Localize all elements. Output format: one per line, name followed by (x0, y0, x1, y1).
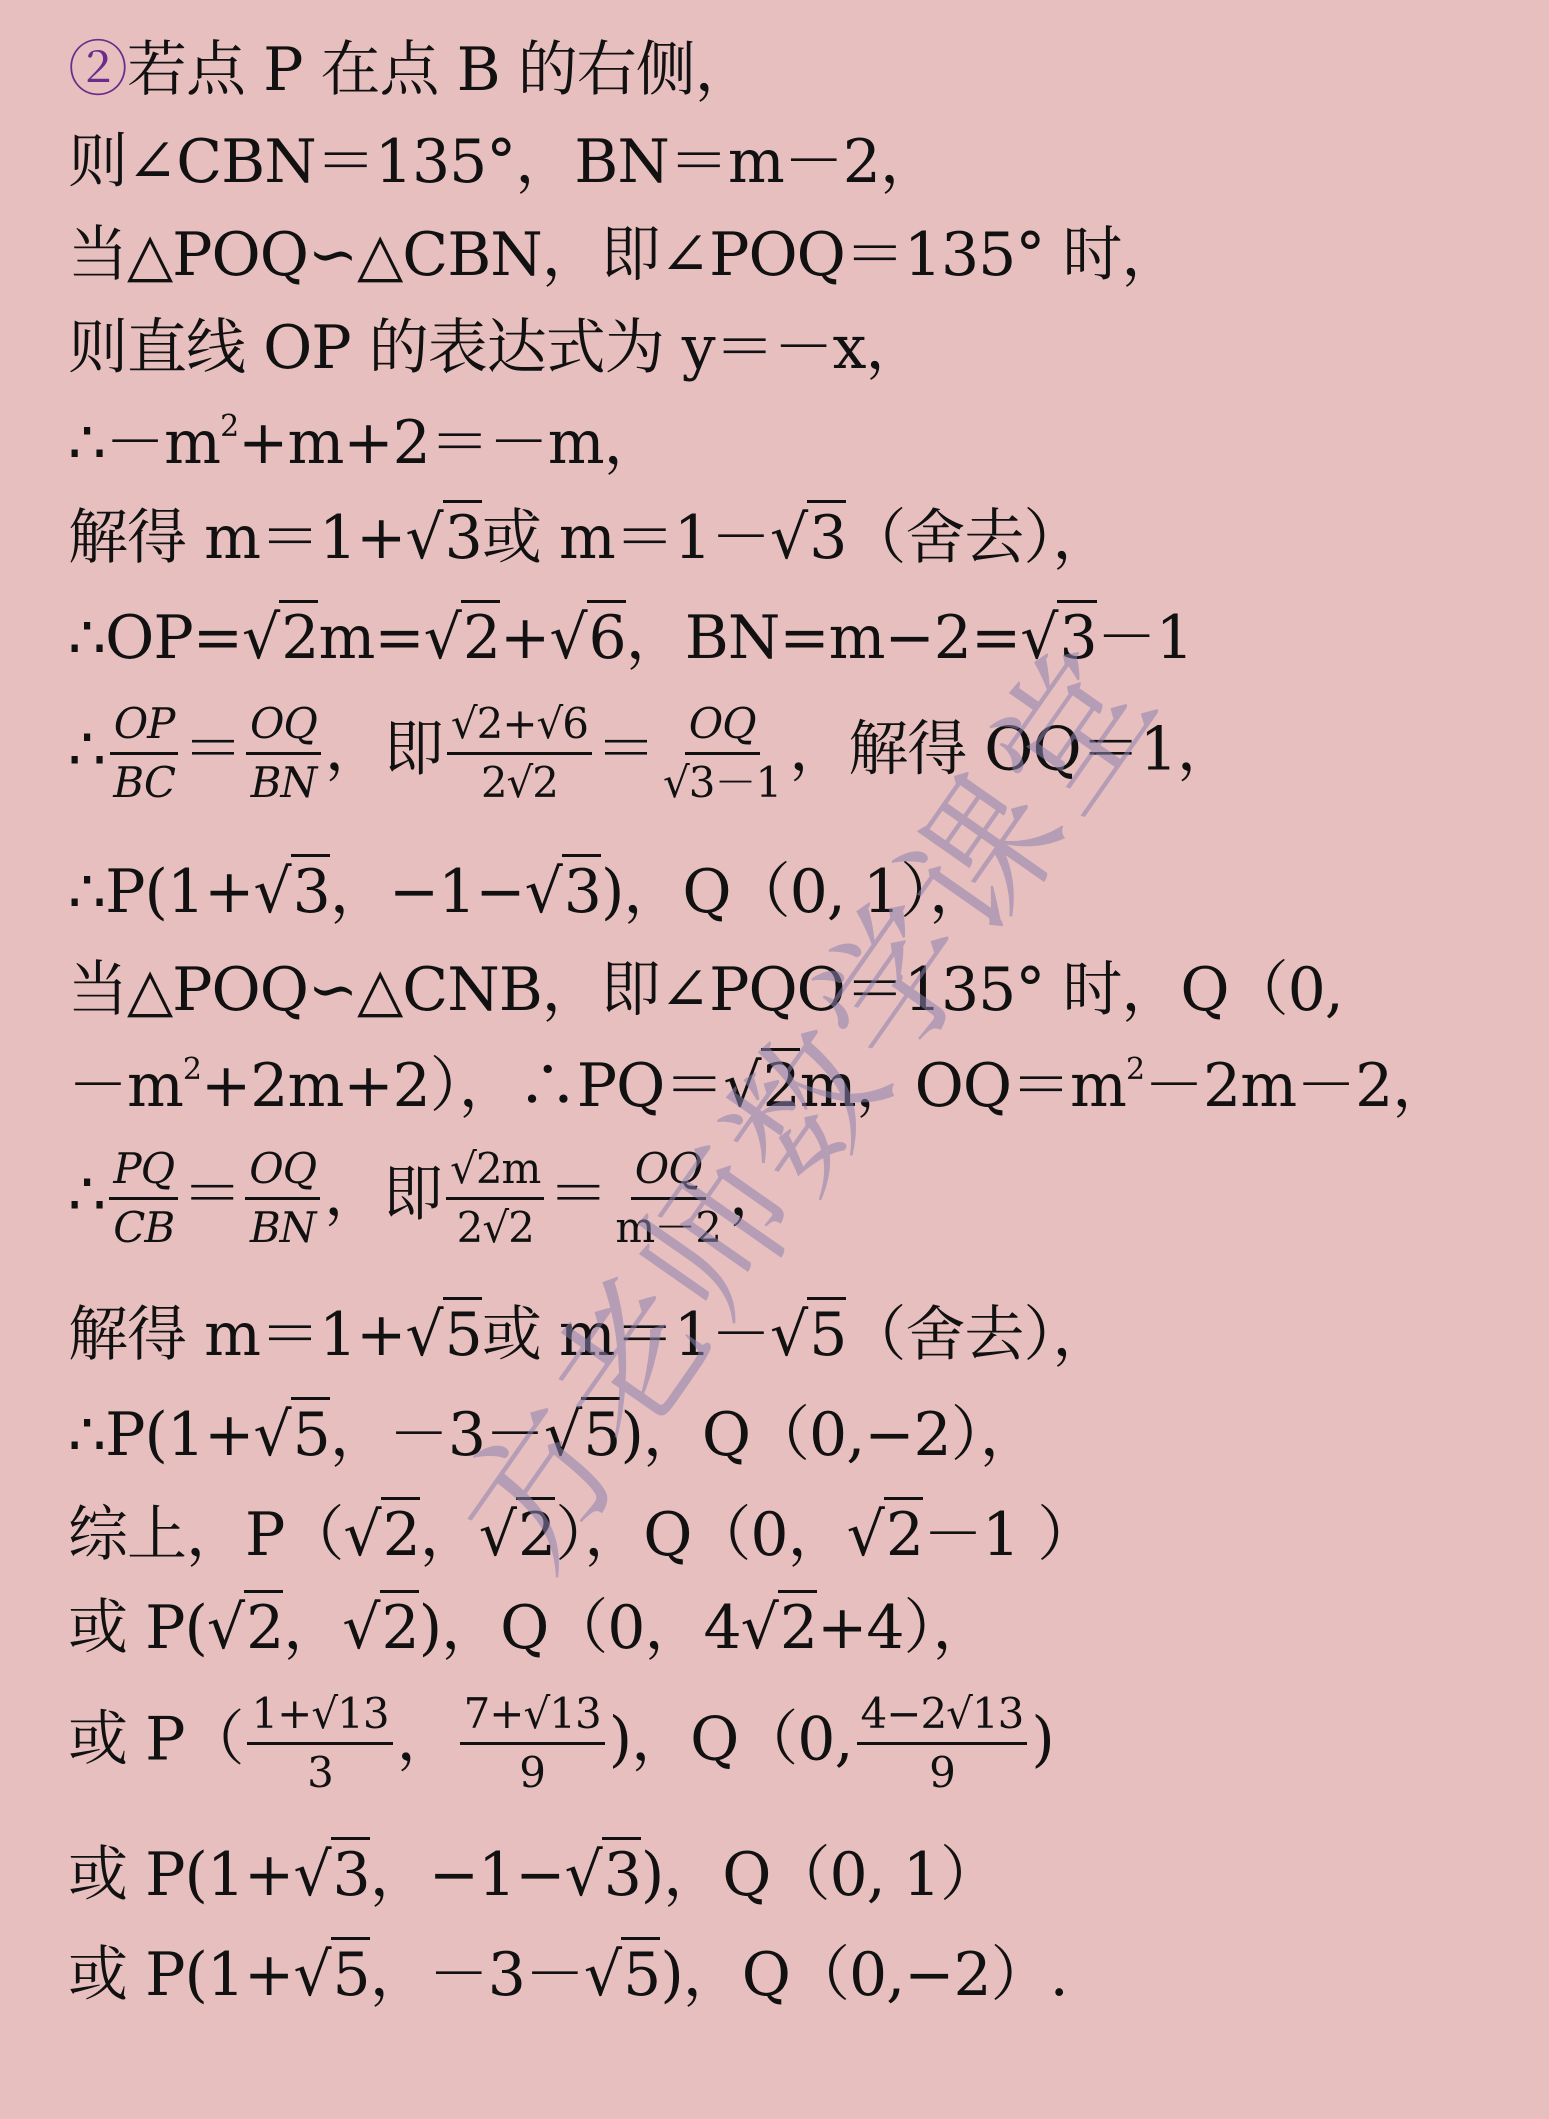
text-run: + (500, 603, 549, 673)
text-run: －m (68, 1051, 183, 1121)
denominator: 2√2 (477, 755, 562, 807)
numerator: OP (110, 700, 179, 755)
text-run: ， (420, 1500, 479, 1570)
radicand: 5 (291, 1397, 330, 1470)
radicand: 3 (1057, 600, 1096, 673)
numerator: 1+√13 (247, 1690, 392, 1745)
radicand: 3 (331, 1837, 370, 1910)
exponent: 2 (220, 409, 238, 444)
line-ratio-oq-1: ∴OPBC＝OQBN，即√2+√62√2＝OQ√3－1，解得 OQ＝1， (68, 700, 1236, 808)
line-p-q-result-1: ∴P(1+√3，−1−√3)，Q（0, 1）， (68, 862, 988, 922)
text-run: 或 m＝1－ (482, 503, 770, 573)
sqrt: √3 (564, 1845, 640, 1905)
radicand: 3 (443, 500, 482, 573)
numerator: OQ (685, 700, 760, 755)
text-run: )，Q（0，4 (419, 1593, 741, 1663)
text-run: 或 P( (68, 1593, 207, 1663)
exponent: 2 (1126, 1052, 1144, 1087)
fraction: PQCB (109, 1145, 178, 1253)
sqrt: √2 (741, 1598, 817, 1658)
line-ratio-oq-2: ∴PQCB＝OQBN，即√2m2√2＝OQm－2， (68, 1145, 788, 1253)
text-run: 解得 m＝1+ (68, 1300, 405, 1370)
numerator: 7+√13 (460, 1690, 605, 1745)
sqrt: √3 (405, 508, 481, 568)
circled-number-2: ② (68, 35, 127, 105)
numerator: √2+√6 (447, 700, 592, 755)
radicand: 6 (587, 600, 626, 673)
radicand: 2 (380, 1590, 419, 1663)
text-run: ， (729, 1159, 788, 1229)
text-run: ，即 (325, 714, 443, 784)
radicand: 2 (761, 1048, 800, 1121)
text-run: )，Q（0, 1）， (601, 857, 988, 927)
exponent: 2 (183, 1052, 201, 1087)
radicand: 2 (884, 1497, 923, 1570)
text-run: （舍去）， (846, 503, 1111, 573)
fraction: OQBN (245, 1145, 320, 1253)
solution-page: ②若点 P 在点 B 的右侧， 则∠CBN＝135°，BN＝m－2， 当△POQ… (0, 0, 1549, 2119)
text-run: ， (283, 1593, 342, 1663)
sqrt: √2 (342, 1598, 418, 1658)
radicand: 2 (778, 1590, 817, 1663)
text-run: －1 (1097, 603, 1193, 673)
line-p-q-result-2: ∴P(1+√5，－3－√5)，Q（0,−2）， (68, 1405, 1039, 1465)
radicand: 5 (621, 1937, 660, 2010)
text-run: )，Q（0,−2）， (620, 1400, 1038, 1470)
fraction: OQ√3－1 (659, 700, 785, 808)
sqrt: √5 (253, 1405, 329, 1465)
text-run: ，BN=m−2= (626, 603, 1020, 673)
radicand: 2 (461, 600, 500, 673)
line-summary-5: 或 P(1+√5，－3－√5)，Q（0,−2）. (68, 1945, 1068, 2005)
text-run: ∴ (68, 1159, 105, 1229)
text-run: 或 P(1+ (68, 1940, 293, 2010)
sqrt: √2 (424, 608, 500, 668)
radicand: 5 (443, 1297, 482, 1370)
fraction: OQm－2 (611, 1145, 725, 1253)
denominator: BN (247, 755, 321, 807)
line-solve-m-sqrt5: 解得 m＝1+√5或 m＝1－√5（舍去）， (68, 1305, 1111, 1365)
sqrt: √3 (253, 862, 329, 922)
denominator: CB (109, 1200, 178, 1252)
radicand: 2 (381, 1497, 420, 1570)
text-run: ) (1031, 1704, 1053, 1774)
text-run: 解得 m＝1+ (68, 503, 405, 573)
line-solve-m-sqrt3: 解得 m＝1+√3或 m＝1－√3（舍去）， (68, 508, 1111, 568)
text-run: 当△POQ∽△CNB，即∠PQO＝135° 时，Q（0, (68, 955, 1343, 1025)
denominator: √3－1 (659, 755, 785, 807)
line-angle-cbn: 则∠CBN＝135°，BN＝m－2， (68, 132, 939, 192)
fraction: 7+√139 (460, 1690, 605, 1798)
text-run: ，－3－ (370, 1940, 584, 2010)
text-run: 或 m＝1－ (482, 1300, 770, 1370)
line-summary-1: 综上，P（√2，√2），Q（0，√2－1 ） (68, 1505, 1096, 1565)
sqrt: √2 (343, 1505, 419, 1565)
denominator: m－2 (611, 1200, 725, 1252)
fraction: OQBN (246, 700, 321, 808)
radicand: 3 (602, 1837, 641, 1910)
radicand: 5 (331, 1937, 370, 2010)
text-run: 则∠CBN＝135°，BN＝m－2， (68, 127, 939, 197)
radicand: 2 (244, 1590, 283, 1663)
numerator: PQ (109, 1145, 178, 1200)
text-run: 或 P（ (68, 1704, 243, 1774)
text-run: )，Q（0, (609, 1704, 853, 1774)
text-run: －1 ） (923, 1500, 1096, 1570)
fraction: √2+√62√2 (447, 700, 592, 808)
sqrt: √5 (293, 1945, 369, 2005)
numerator: √2m (446, 1145, 544, 1200)
text-run: ＝ (596, 714, 655, 784)
sqrt: √3 (1020, 608, 1096, 668)
text-run: ∴OP= (68, 603, 242, 673)
numerator: OQ (245, 1145, 320, 1200)
text-run: ，－3－ (330, 1400, 544, 1470)
text-run: +m+2＝－m， (238, 408, 663, 478)
denominator: 9 (925, 1745, 959, 1797)
denominator: 2√2 (453, 1200, 538, 1252)
denominator: BC (109, 755, 179, 807)
sqrt: √2 (847, 1505, 923, 1565)
text-run: 则直线 OP 的表达式为 y＝－x， (68, 313, 925, 383)
text-run: m= (318, 603, 423, 673)
text-run: ∴ (68, 714, 105, 784)
line-pq-oq: －m2+2m+2），∴PQ＝√2m，OQ＝m2－2m－2， (68, 1055, 1451, 1116)
radicand: 2 (279, 600, 318, 673)
line-similar-triangles-1: 当△POQ∽△CBN，即∠POQ＝135° 时， (68, 225, 1180, 285)
sqrt: √2 (242, 608, 318, 668)
text-run: ∴－m (68, 408, 220, 478)
line-equation-m: ∴－m2+m+2＝－m， (68, 412, 663, 473)
text-run: ∴P(1+ (68, 1400, 253, 1470)
fraction: 1+√133 (247, 1690, 392, 1798)
text-run: －2m－2， (1144, 1051, 1451, 1121)
text-run: )，Q（0, 1） (641, 1840, 999, 1910)
radicand: 3 (291, 854, 330, 927)
radicand: 5 (581, 1397, 620, 1470)
line-similar-triangles-2: 当△POQ∽△CNB，即∠PQO＝135° 时，Q（0, (68, 960, 1343, 1020)
text-run: )，Q（0,−2）. (660, 1940, 1067, 2010)
radicand: 2 (516, 1497, 555, 1570)
text-run: ，−1− (330, 857, 525, 927)
radicand: 3 (562, 854, 601, 927)
text-run: 当△POQ∽△CBN，即∠POQ＝135° 时， (68, 220, 1180, 290)
text-run: 或 P(1+ (68, 1840, 293, 1910)
text-run: ，解得 OQ＝1， (789, 714, 1236, 784)
denominator: 3 (303, 1745, 337, 1797)
line-op-bn-values: ∴OP=√2m=√2+√6，BN=m−2=√3－1 (68, 608, 1193, 668)
sqrt: √5 (544, 1405, 620, 1465)
radicand: 5 (807, 1297, 846, 1370)
line-case-2-heading: ②若点 P 在点 B 的右侧， (68, 40, 754, 100)
text-run: ＝ (183, 714, 242, 784)
text-run: m，OQ＝m (800, 1051, 1126, 1121)
sqrt: √2 (723, 1056, 799, 1116)
radicand: 3 (807, 500, 846, 573)
sqrt: √5 (405, 1305, 481, 1365)
denominator: BN (246, 1200, 320, 1252)
numerator: 4−2√13 (857, 1690, 1028, 1745)
sqrt: √2 (207, 1598, 283, 1658)
text-run: （舍去）， (846, 1300, 1111, 1370)
text-run: ，即 (324, 1159, 442, 1229)
line-summary-4: 或 P(1+√3，−1−√3)，Q（0, 1） (68, 1845, 999, 1905)
sqrt: √2 (479, 1505, 555, 1565)
fraction: 4−2√139 (857, 1690, 1028, 1798)
line-op-expression: 则直线 OP 的表达式为 y＝－x， (68, 318, 925, 378)
numerator: OQ (246, 700, 321, 755)
text-run: +4）， (817, 1593, 991, 1663)
text-run: ＝ (182, 1159, 241, 1229)
text-run: ），Q（0， (555, 1500, 846, 1570)
fraction: √2m2√2 (446, 1145, 544, 1253)
sqrt: √3 (525, 862, 601, 922)
text-run: ，−1− (370, 1840, 565, 1910)
denominator: 9 (515, 1745, 549, 1797)
text-run: ＝ (548, 1159, 607, 1229)
sqrt: √3 (293, 1845, 369, 1905)
sqrt: √3 (770, 508, 846, 568)
text-run: 综上，P（ (68, 1500, 343, 1570)
line-summary-3: 或 P（1+√133，7+√139)，Q（0,4−2√139) (68, 1690, 1054, 1798)
text-run: 若点 P 在点 B 的右侧， (127, 35, 754, 105)
text-run: ∴P(1+ (68, 857, 253, 927)
sqrt: √5 (770, 1305, 846, 1365)
sqrt: √6 (549, 608, 625, 668)
line-summary-2: 或 P(√2，√2)，Q（0，4√2+4）， (68, 1598, 992, 1658)
fraction: OPBC (109, 700, 179, 808)
text-run: +2m+2），∴PQ＝ (201, 1051, 723, 1121)
sqrt: √5 (584, 1945, 660, 2005)
numerator: OQ (631, 1145, 706, 1200)
text-run: ， (397, 1704, 456, 1774)
